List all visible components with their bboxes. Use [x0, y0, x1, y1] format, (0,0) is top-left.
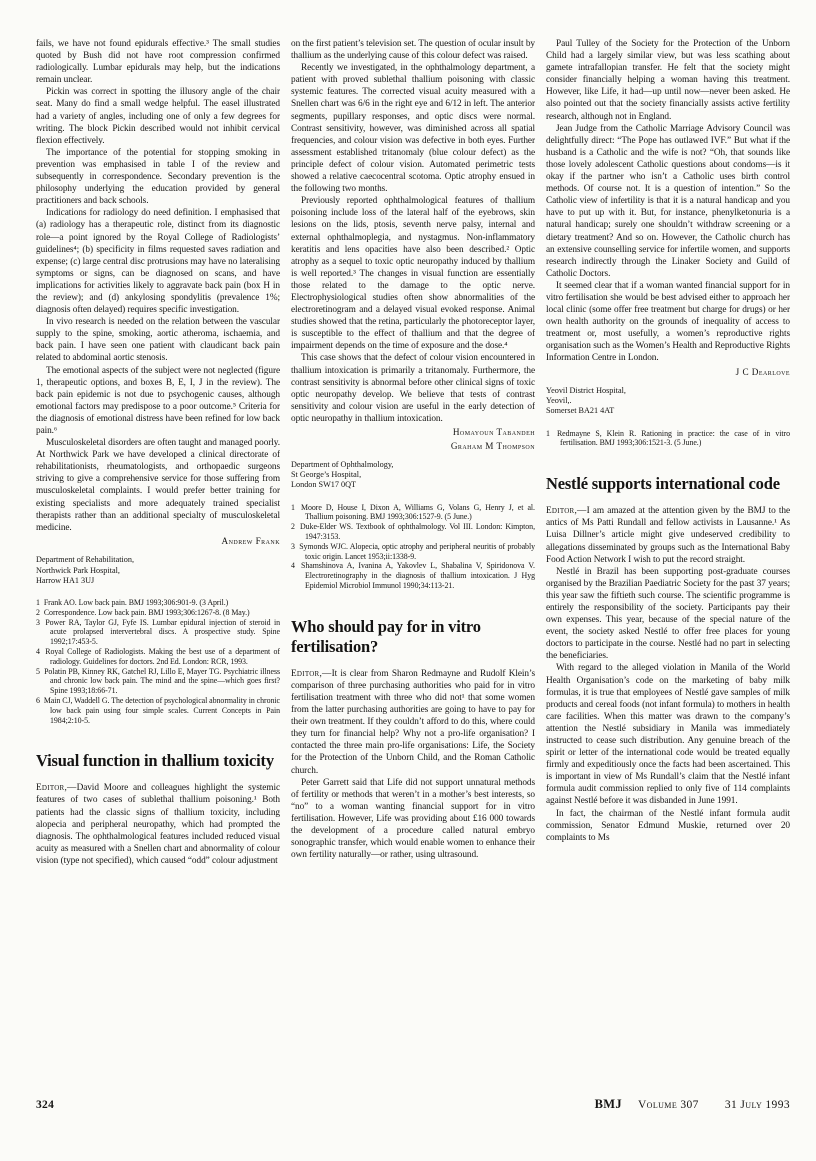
paragraph: In fact, the chairman of the Nestlé infa… — [546, 808, 790, 844]
author-signature: Homayoun Tabandeh — [291, 427, 535, 439]
paragraph: fails, we have not found epidurals effec… — [36, 38, 280, 86]
letter-ivf-continuation: Paul Tulley of the Society for the Prote… — [546, 38, 790, 448]
reference-number: 1 — [291, 503, 295, 512]
journal-title: BMJ — [595, 1097, 622, 1112]
reference-text: Power RA, Taylor GJ, Fyfe IS. Lumbar epi… — [45, 618, 280, 647]
author-signature: Graham M Thompson — [291, 441, 535, 453]
reference-list: 1 Frank AO. Low back pain. BMJ 1993;306:… — [36, 598, 280, 725]
reference-item: 2 Duke-Elder WS. Textbook of ophthalmolo… — [291, 522, 535, 542]
letter-thallium: Visual function in thallium toxicity Edi… — [36, 751, 280, 867]
editor-salutation: Editor,— — [36, 783, 77, 793]
letter-back-pain-continuation: fails, we have not found epidurals effec… — [36, 38, 280, 725]
column-3: Paul Tulley of the Society for the Prote… — [546, 38, 790, 1090]
author-address: Yeovil District Hospital, Yeovil,. Somer… — [546, 386, 790, 417]
letter-opening-paragraph: Editor,—David Moore and colleagues highl… — [36, 782, 280, 867]
address-line: Northwick Park Hospital, — [36, 566, 280, 576]
reference-number: 3 — [36, 618, 40, 627]
author-address: Department of Rehabilitation, Northwick … — [36, 555, 280, 586]
issue-date: 31 July 1993 — [725, 1099, 790, 1111]
reference-item: 4 Shamshinova A, Ivanina A, Yakovlev L, … — [291, 561, 535, 590]
page-footer: 324 BMJ Volume 307 31 July 1993 — [36, 1097, 790, 1112]
paragraph: In vivo research is needed on the relati… — [36, 316, 280, 364]
column-2: on the first patient’s television set. T… — [291, 38, 535, 1090]
address-line: Yeovil,. — [546, 396, 790, 406]
reference-text: Duke-Elder WS. Textbook of ophthalmology… — [300, 522, 535, 541]
paragraph: on the first patient’s television set. T… — [291, 38, 535, 62]
reference-text: Frank AO. Low back pain. BMJ 1993;306:90… — [44, 598, 228, 607]
address-line: Department of Ophthalmology, — [291, 460, 535, 470]
address-line: Harrow HA1 3UJ — [36, 576, 280, 586]
reference-item: 2 Correspondence. Low back pain. BMJ 199… — [36, 608, 280, 618]
author-signature: J C Dearlove — [546, 367, 790, 379]
paragraph: Recently we investigated, in the ophthal… — [291, 62, 535, 195]
paragraph: Peter Garrett said that Life did not sup… — [291, 777, 535, 862]
reference-number: 6 — [36, 696, 40, 705]
address-line: Somerset BA21 4AT — [546, 406, 790, 416]
journal-volume: Volume 307 — [638, 1099, 699, 1111]
reference-item: 1 Frank AO. Low back pain. BMJ 1993;306:… — [36, 598, 280, 608]
reference-number: 1 — [546, 429, 550, 438]
paragraph-text: David Moore and colleagues highlight the… — [36, 783, 280, 866]
address-line: St George’s Hospital, — [291, 470, 535, 480]
reference-item: 3 Power RA, Taylor GJ, Fyfe IS. Lumbar e… — [36, 618, 280, 647]
reference-item: 5 Polatin PB, Kinney RK, Gatchel RJ, Lil… — [36, 667, 280, 696]
reference-number: 2 — [36, 608, 40, 617]
paragraph: It seemed clear that if a woman wanted f… — [546, 280, 790, 365]
address-line: Department of Rehabilitation, — [36, 555, 280, 565]
reference-number: 5 — [36, 667, 40, 676]
reference-number: 4 — [291, 561, 295, 570]
column-1: fails, we have not found epidurals effec… — [36, 38, 280, 1090]
paragraph: With regard to the alleged violation in … — [546, 662, 790, 807]
letter-title: Nestlé supports international code — [546, 474, 790, 494]
reference-number: 2 — [291, 522, 295, 531]
address-line: London SW17 0QT — [291, 480, 535, 490]
paragraph: Nestlé in Brazil has been supporting pos… — [546, 566, 790, 663]
paragraph: This case shows that the defect of colou… — [291, 352, 535, 425]
author-address: Department of Ophthalmology, St George’s… — [291, 460, 535, 491]
reference-number: 3 — [291, 542, 295, 551]
reference-text: Shamshinova A, Ivanina A, Yakovlev L, Sh… — [301, 561, 535, 590]
letter-title: Visual function in thallium toxicity — [36, 751, 280, 771]
editor-salutation: Editor,— — [291, 669, 332, 679]
page-number: 324 — [36, 1099, 54, 1111]
reference-text: Moore D, House I, Dixon A, Williams G, V… — [301, 503, 535, 522]
reference-text: Main CJ, Waddell G. The detection of psy… — [44, 696, 280, 725]
reference-item: 1 Moore D, House I, Dixon A, Williams G,… — [291, 503, 535, 523]
reference-item: 4 Royal College of Radiologists. Making … — [36, 647, 280, 667]
reference-text: Royal College of Radiologists. Making th… — [45, 647, 280, 666]
letter-nestle: Nestlé supports international code Edito… — [546, 474, 790, 844]
paragraph: The importance of the potential for stop… — [36, 147, 280, 207]
paragraph: The emotional aspects of the subject wer… — [36, 365, 280, 438]
author-signature: Andrew Frank — [36, 536, 280, 548]
letter-ivf: Who should pay for in vitro fertilisatio… — [291, 617, 535, 862]
reference-list: 1 Moore D, House I, Dixon A, Williams G,… — [291, 503, 535, 591]
reference-item: 6 Main CJ, Waddell G. The detection of p… — [36, 696, 280, 725]
paragraph: Paul Tulley of the Society for the Prote… — [546, 38, 790, 123]
reference-item: 1 Redmayne S, Klein R. Rationing in prac… — [546, 429, 790, 449]
reference-number: 1 — [36, 598, 40, 607]
paragraph: Indications for radiology do need defini… — [36, 207, 280, 316]
reference-text: Redmayne S, Klein R. Rationing in practi… — [557, 429, 790, 448]
reference-item: 3 Symonds WJC. Alopecia, optic atrophy a… — [291, 542, 535, 562]
reference-text: Correspondence. Low back pain. BMJ 1993;… — [44, 608, 250, 617]
journal-page: fails, we have not found epidurals effec… — [0, 0, 816, 1161]
paragraph-text: It is clear from Sharon Redmayne and Rud… — [291, 669, 535, 776]
letter-title: Who should pay for in vitro fertilisatio… — [291, 617, 535, 657]
paragraph: Musculoskeletal disorders are often taug… — [36, 437, 280, 534]
letter-opening-paragraph: Editor,—I am amazed at the attention giv… — [546, 505, 790, 565]
editor-salutation: Editor,— — [546, 506, 587, 516]
paragraph: Pickin was correct in spotting the illus… — [36, 86, 280, 146]
letter-thallium-continuation: on the first patient’s television set. T… — [291, 38, 535, 591]
journal-footer: BMJ Volume 307 31 July 1993 — [595, 1097, 790, 1112]
reference-number: 4 — [36, 647, 40, 656]
reference-text: Polatin PB, Kinney RK, Gatchel RJ, Lillo… — [44, 667, 280, 696]
address-line: Yeovil District Hospital, — [546, 386, 790, 396]
paragraph: Previously reported ophthalmological fea… — [291, 195, 535, 352]
reference-list: 1 Redmayne S, Klein R. Rationing in prac… — [546, 429, 790, 449]
letter-opening-paragraph: Editor,—It is clear from Sharon Redmayne… — [291, 668, 535, 777]
page-columns: fails, we have not found epidurals effec… — [36, 38, 790, 1090]
paragraph: Jean Judge from the Catholic Marriage Ad… — [546, 123, 790, 280]
reference-text: Symonds WJC. Alopecia, optic atrophy and… — [299, 542, 535, 561]
